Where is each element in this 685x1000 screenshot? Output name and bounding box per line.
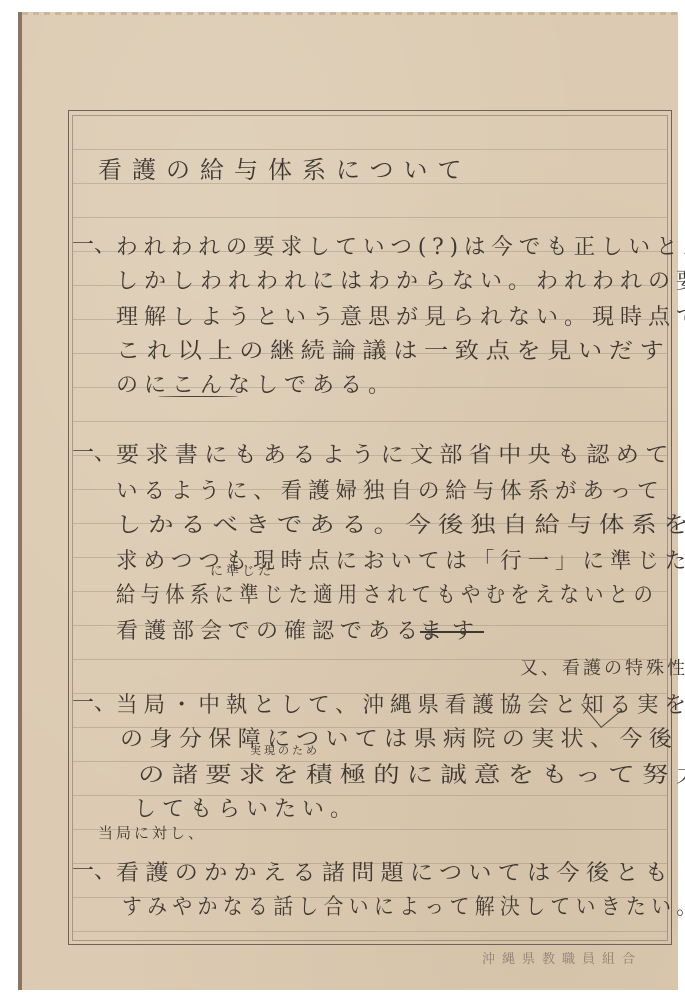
section-label: 当局に対し、	[98, 822, 206, 843]
paragraph-4-line-1: 看護のかかえる諸問題については今後とも	[116, 856, 674, 887]
sheet-top-edge	[22, 12, 678, 15]
paragraph-3-line-2: の身分保障については県病院の実状、今後	[120, 722, 678, 753]
printed-organization-footer: 沖縄県教職員組合	[482, 948, 642, 967]
ruled-line	[73, 217, 667, 218]
paragraph-3-line-4: してもらいたい。	[134, 792, 358, 823]
paragraph-2-line-5: 給与体系に準じた適用されてもやむをえないとの	[116, 578, 658, 609]
paragraph-1-line-1: われわれの要求していつ(?)は今でも正しいと思う	[116, 230, 685, 261]
paragraph-1-line-5: のにこんなしである。	[116, 368, 396, 399]
paragraph-2-line-2: いるように、看護婦独自の給与体系があって	[116, 474, 665, 505]
ruled-line	[73, 421, 667, 422]
struck-text: ます	[420, 614, 484, 645]
ruled-line	[73, 931, 667, 932]
paragraph-2-line-4: 求めつつも現時点においては「行一」に準じた	[116, 544, 685, 575]
paragraph-bullet: 一、	[72, 686, 116, 717]
handwritten-insertion: 実現のため	[250, 742, 320, 758]
paragraph-2-line-1: 要求書にもあるように文部省中央も認めて	[116, 438, 675, 469]
paragraph-bullet: 一、	[72, 436, 116, 467]
paragraph-1-line-4: これ以上の継続論議は一致点を見いだす	[116, 334, 670, 365]
paragraph-3-line-3: の諸要求を積極的に誠意をもって努力	[138, 758, 685, 789]
handwritten-insertion: に準じた	[210, 560, 274, 579]
paragraph-2-line-6: 看護部会での確認である。	[116, 614, 452, 645]
paragraph-bullet: 一、	[72, 854, 116, 885]
handwritten-underline	[158, 396, 238, 397]
document-title: 看護の給与体系について	[98, 150, 472, 185]
paragraph-1-line-3: 理解しようという意思が見られない。現時点で	[116, 300, 685, 331]
margin-note: 又、看護の特殊性	[520, 654, 685, 680]
paragraph-1-line-2: しかしわれわれにはわからない。われわれの要求を	[116, 264, 685, 295]
paragraph-4-line-2: すみやかなる話し合いによって解決していきたい。	[122, 890, 685, 921]
paragraph-2-line-3: しかるべきである。今後独自給与体系を	[116, 508, 685, 539]
paragraph-bullet: 一、	[72, 228, 116, 259]
